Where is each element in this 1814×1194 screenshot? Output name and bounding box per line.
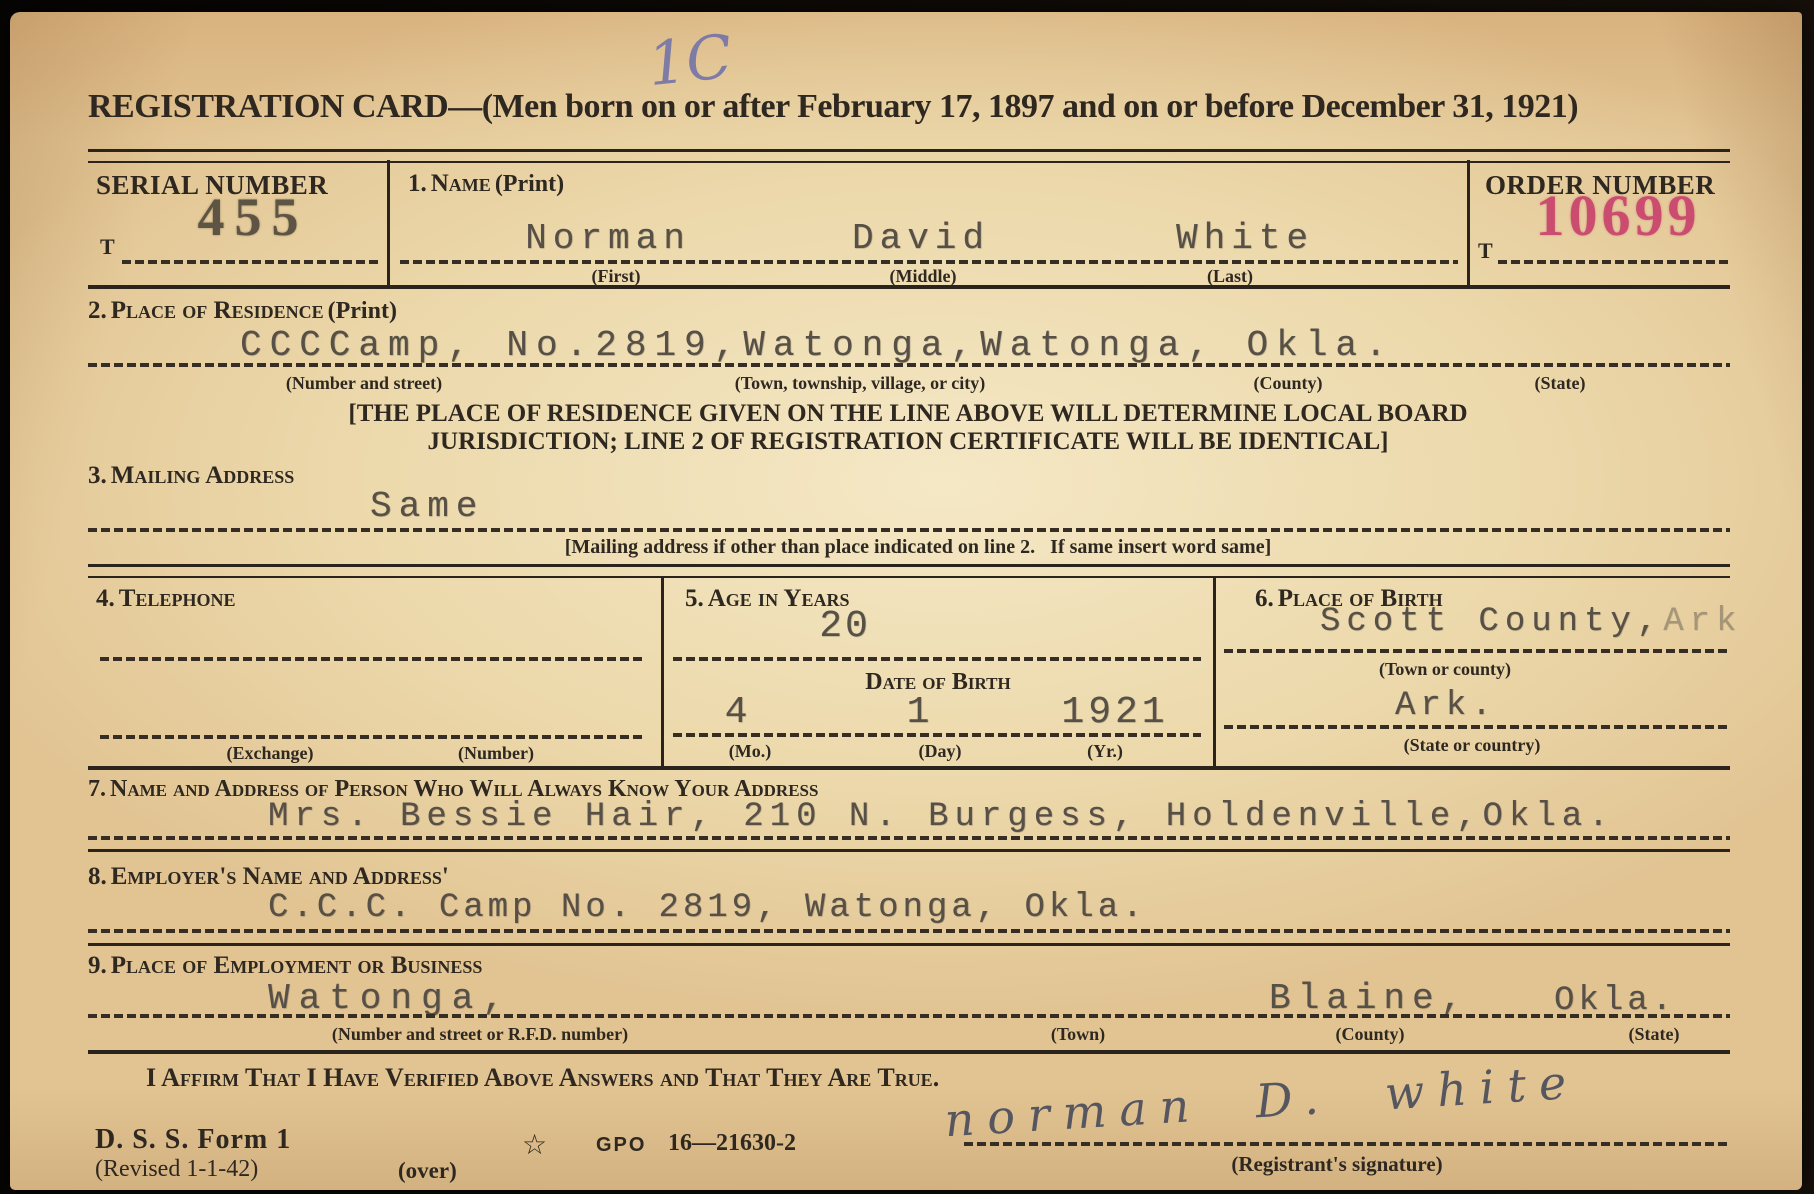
star-icon: ☆ (522, 1128, 547, 1161)
order-prefix: T (1478, 238, 1493, 264)
birthplace-state-value: Ark. (1395, 687, 1497, 725)
sub-label-year: (Yr.) (1087, 741, 1123, 762)
sub-label-town-or-county: (Town or county) (1379, 659, 1511, 680)
over-label: (over) (398, 1158, 457, 1184)
birthplace-town-value: Scott County,Ark (1320, 603, 1742, 641)
row-telephone-age-birth: 4. Telephone (Exchange) (Number) 5. Age … (88, 577, 1730, 770)
sub-label-exchange: (Exchange) (227, 743, 314, 764)
name-label-text: Name (431, 170, 491, 197)
mailing-divider (88, 564, 1730, 578)
birthplace-state-dashed-line (1224, 725, 1730, 729)
signature-label: (Registrant's signature) (1231, 1152, 1442, 1177)
card-content: 1C REGISTRATION CARD—(Men born on or aft… (88, 12, 1730, 1190)
order-number-value: 10699 (1536, 182, 1701, 249)
signature-dashed-line (964, 1142, 1730, 1146)
employment-street-value: Watonga, (268, 978, 513, 1019)
employment-county-value: Blaine, (1269, 978, 1469, 1019)
sub-label-state: (State) (1629, 1024, 1680, 1045)
sub-label-state-or-country: (State or country) (1404, 735, 1541, 756)
employment-label: 9. Place of Employment or Business (88, 952, 482, 980)
section-employment: 9. Place of Employment or Business Waton… (88, 946, 1730, 1054)
mailing-note: [Mailing address if other than place ind… (565, 536, 1271, 559)
residence-dashed-line (88, 363, 1730, 367)
row-serial-name-order: SERIAL NUMBER T 455 1. Name (Print) Norm… (88, 160, 1730, 289)
birth-year-value: 1921 (1061, 691, 1168, 734)
employment-label-text: Place of Employment or Business (111, 952, 483, 979)
telephone-dashed-line (100, 735, 646, 739)
mailing-value: Same (370, 486, 484, 527)
column-divider (1467, 160, 1470, 285)
section-employer: 8. Employer's Name and Address' C.C.C. C… (88, 855, 1730, 946)
date-of-birth-label: Date of Birth (865, 669, 1011, 696)
contact-dashed-line (88, 836, 1730, 840)
name-label-suffix: (Print) (495, 171, 564, 197)
sub-label-town: (Town) (1051, 1024, 1105, 1045)
employment-dashed-line (88, 1014, 1730, 1018)
birthplace-dashed-line (1224, 649, 1730, 653)
residence-jurisdiction-note: [THE PLACE OF RESIDENCE GIVEN ON THE LIN… (128, 400, 1688, 456)
birthplace-town-text: Scott County, (1320, 603, 1663, 641)
sub-label-first: (First) (592, 266, 641, 287)
serial-dashed-line (122, 260, 380, 264)
dob-dashed-line (673, 733, 1201, 737)
column-divider (387, 160, 390, 285)
serial-prefix: T (100, 234, 115, 260)
employer-label: 8. Employer's Name and Address' (88, 863, 449, 891)
contact-value: Mrs. Bessie Hair, 210 N. Burgess, Holden… (268, 798, 1615, 836)
jurisdiction-note-line2: JURISDICTION; LINE 2 OF REGISTRATION CER… (128, 428, 1688, 456)
employment-label-number: 9. (88, 952, 107, 979)
name-last-value: White (1176, 218, 1314, 259)
column-divider (661, 577, 664, 766)
birthplace-label-number: 6. (1255, 585, 1274, 612)
sub-label-county: (County) (1253, 373, 1322, 394)
residence-label-number: 2. (88, 297, 107, 324)
sub-label-middle: (Middle) (890, 266, 957, 287)
order-dashed-line (1498, 260, 1730, 264)
registration-card: 1C REGISTRATION CARD—(Men born on or aft… (10, 12, 1802, 1190)
sub-label-month: (Mo.) (729, 741, 771, 762)
section-mailing: 3. Mailing Address Same [Mailing address… (88, 454, 1730, 564)
birth-day-value: 1 (907, 691, 930, 734)
sub-label-state: (State) (1535, 373, 1586, 394)
serial-number-value: 455 (198, 186, 309, 248)
section-contact: 7. Name and Address of Person Who Will A… (88, 774, 1730, 852)
sub-label-town: (Town, township, village, or city) (735, 373, 986, 394)
sub-label-day: (Day) (919, 741, 962, 762)
sub-label-last: (Last) (1207, 266, 1253, 287)
mailing-label-text: Mailing Address (111, 462, 295, 489)
contact-label-number: 7. (88, 776, 106, 802)
residence-label-suffix: (Print) (328, 298, 397, 324)
name-middle-value: David (852, 218, 990, 259)
birthplace-town-faint-text: Ark (1663, 603, 1742, 641)
mailing-dashed-line (88, 528, 1730, 532)
age-dashed-line (673, 657, 1201, 661)
residence-label: 2. Place of Residence (Print) (88, 297, 397, 325)
employer-label-text: Employer's Name and Address' (111, 863, 449, 890)
gpo-label: GPO (596, 1134, 646, 1157)
mailing-label-number: 3. (88, 462, 107, 489)
name-label: 1. Name (Print) (408, 170, 564, 198)
form-number: D. S. S. Form 1 (95, 1124, 291, 1156)
card-title: REGISTRATION CARD—(Men born on or after … (88, 88, 1578, 126)
sub-label-rfd: (Number and street or R.F.D. number) (332, 1024, 628, 1045)
telephone-label-number: 4. (96, 585, 115, 612)
mailing-label: 3. Mailing Address (88, 462, 294, 490)
jurisdiction-note-line1: [THE PLACE OF RESIDENCE GIVEN ON THE LIN… (128, 400, 1688, 428)
affirmation-statement: I Affirm That I Have Verified Above Answ… (146, 1063, 939, 1093)
scan-background: 1C REGISTRATION CARD—(Men born on or aft… (0, 0, 1814, 1194)
gpo-number: 16—21630-2 (668, 1130, 796, 1157)
section-residence: 2. Place of Residence (Print) CCCCamp, N… (88, 293, 1730, 398)
birth-month-value: 4 (725, 691, 748, 734)
registrant-signature: norman D. white (943, 1055, 1581, 1148)
sub-label-number: (Number) (458, 743, 534, 764)
sub-label-number-street: (Number and street) (286, 373, 442, 394)
telephone-label-text: Telephone (119, 585, 236, 612)
telephone-label: 4. Telephone (96, 585, 235, 613)
residence-label-text: Place of Residence (111, 297, 324, 324)
name-dashed-line (400, 260, 1458, 264)
sub-label-county: (County) (1335, 1024, 1404, 1045)
telephone-dashed-line (100, 657, 646, 661)
residence-value: CCCCamp, No.2819,Watonga,Watonga, Okla. (240, 325, 1395, 366)
employer-dashed-line (88, 929, 1730, 933)
employer-label-number: 8. (88, 863, 107, 890)
age-label-number: 5. (685, 585, 704, 612)
age-value: 20 (819, 605, 871, 648)
name-label-number: 1. (408, 170, 427, 197)
employer-value: C.C.C. Camp No. 2819, Watonga, Okla. (268, 889, 1147, 927)
form-revision: (Revised 1-1-42) (95, 1156, 258, 1183)
column-divider (1213, 577, 1216, 766)
name-first-value: Norman (525, 218, 691, 259)
